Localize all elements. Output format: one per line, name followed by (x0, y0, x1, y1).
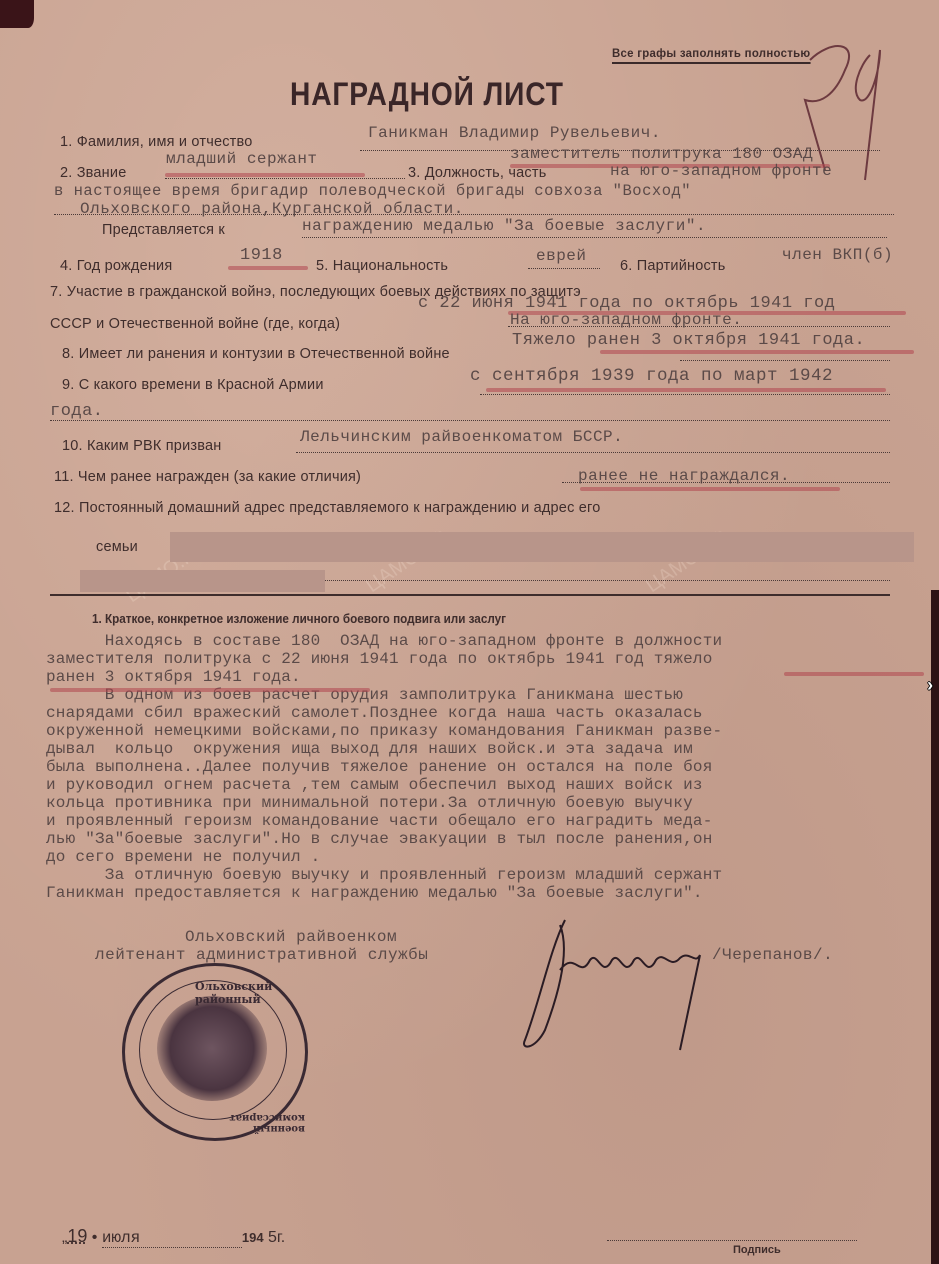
narrative-line: дывал кольцо окружения ища выход для наш… (46, 740, 722, 758)
section-divider (50, 594, 890, 596)
nominated-label: Представляется к (102, 222, 225, 238)
army-service-value: с сентября 1939 года по март 1942 (470, 366, 833, 386)
narrative-line: ранен 3 октября 1941 года. (46, 668, 722, 686)
field-10-label: 10. Каким РВК призван (62, 438, 221, 454)
current-job-value: в настоящее время бригадир полеводческой… (54, 182, 691, 200)
narrative-line: За отличную боевую выучку и проявленный … (46, 866, 722, 884)
narrative-line: снарядами сбил вражеский самолет.Позднее… (46, 704, 722, 722)
current-district-value: Ольховского района,Курганской области. (80, 200, 464, 218)
stamp-text-top: Ольховский районный (195, 980, 305, 1006)
army-service-value-cont: года. (50, 402, 104, 421)
field-4-label: 4. Год рождения (60, 258, 172, 274)
signatory-name: /Черепанов/. (712, 946, 833, 964)
field-5-label: 5. Национальность (316, 258, 448, 274)
date-year-prefix: 194 (242, 1230, 264, 1245)
unit-value: на юго-западном фронте (610, 162, 832, 180)
field-12-label-cont: семьи (96, 539, 138, 555)
narrative-text: Находясь в составе 180 ОЗАД на юго-запад… (46, 632, 722, 902)
field-11-label: 11. Чем ранее награжден (за какие отличи… (54, 469, 361, 485)
award-sheet-document: ЦАМО.РФ ЦАМО.РФ ЦАМО.РФ Все графы заполн… (0, 0, 939, 1264)
draft-office-value: Лельчинским райвоенкоматом БССР. (300, 428, 623, 446)
birth-year-value: 1918 (240, 246, 283, 265)
date-year-suffix: 5г. (268, 1229, 285, 1246)
position-value: заместитель политрука 180 ОЗАД (510, 145, 813, 163)
date-line: „19 • июля194 5г. (62, 1226, 285, 1248)
field-2-label: 2. Звание (60, 165, 126, 181)
coat-of-arms-emblem (157, 996, 267, 1101)
narrative-heading: 1. Краткое, конкретное изложение личного… (92, 611, 506, 626)
narrative-line: и проявленный героизм командование части… (46, 812, 722, 830)
date-day: 19 (67, 1226, 87, 1246)
nominated-award-value: награждению медалью "За боевые заслуги". (302, 217, 706, 235)
nationality-value: еврей (536, 247, 587, 265)
narrative-line: до сего времени не получил . (46, 848, 722, 866)
narrative-line: лью "За"боевые заслуги".Но в случае эвак… (46, 830, 722, 848)
date-month: июля (102, 1229, 242, 1248)
redacted-address (170, 532, 914, 562)
document-title: НАГРАДНОЙ ЛИСТ (290, 76, 564, 113)
official-stamp: Ольховский районный военный комиссариат (122, 963, 308, 1141)
wounds-value: Тяжело ранен 3 октября 1941 года. (512, 331, 865, 350)
torn-corner (0, 0, 34, 28)
field-9-label: 9. С какого времени в Красной Армии (62, 377, 324, 393)
narrative-line: Ганикман предоставляется к награждению м… (46, 884, 722, 902)
handwritten-signature (520, 910, 720, 1060)
full-name-value: Ганикман Владимир Рувельевич. (368, 124, 661, 142)
fill-all-fields-note: Все графы заполнять полностью (612, 46, 810, 64)
field-12-label: 12. Постоянный домашний адрес представля… (54, 500, 600, 516)
party-value: член ВКП(б) (782, 246, 893, 264)
field-8-label: 8. Имеет ли ранения и контузии в Отечест… (62, 346, 450, 362)
narrative-line: и руководил огнем расчета ,тем самым обе… (46, 776, 722, 794)
field-1-label: 1. Фамилия, имя и отчество (60, 134, 253, 150)
next-page-arrow-icon[interactable]: › (921, 676, 939, 698)
signatory-rank: лейтенант административной службы (95, 946, 428, 964)
narrative-line: была выполнена..Далее получив тяжелое ра… (46, 758, 722, 776)
narrative-line: Находясь в составе 180 ОЗАД на юго-запад… (46, 632, 722, 650)
rank-value: младший сержант (166, 150, 318, 168)
field-3-label: 3. Должность, часть (408, 165, 546, 181)
signatory-org: Ольховский райвоенком (185, 928, 397, 946)
signature-caption: Подпись (733, 1244, 781, 1256)
field-7-label-cont: СССР и Отечественной войне (где, когда) (50, 316, 340, 332)
stamp-text-bottom: военный комиссариат (187, 1112, 305, 1134)
narrative-line: окруженной немецкими войсками,по приказу… (46, 722, 722, 740)
narrative-line: заместителя политрука с 22 июня 1941 год… (46, 650, 722, 668)
narrative-line: кольца противника при минимальной потери… (46, 794, 722, 812)
redacted-address-cont (80, 570, 325, 592)
field-6-label: 6. Партийность (620, 258, 726, 274)
